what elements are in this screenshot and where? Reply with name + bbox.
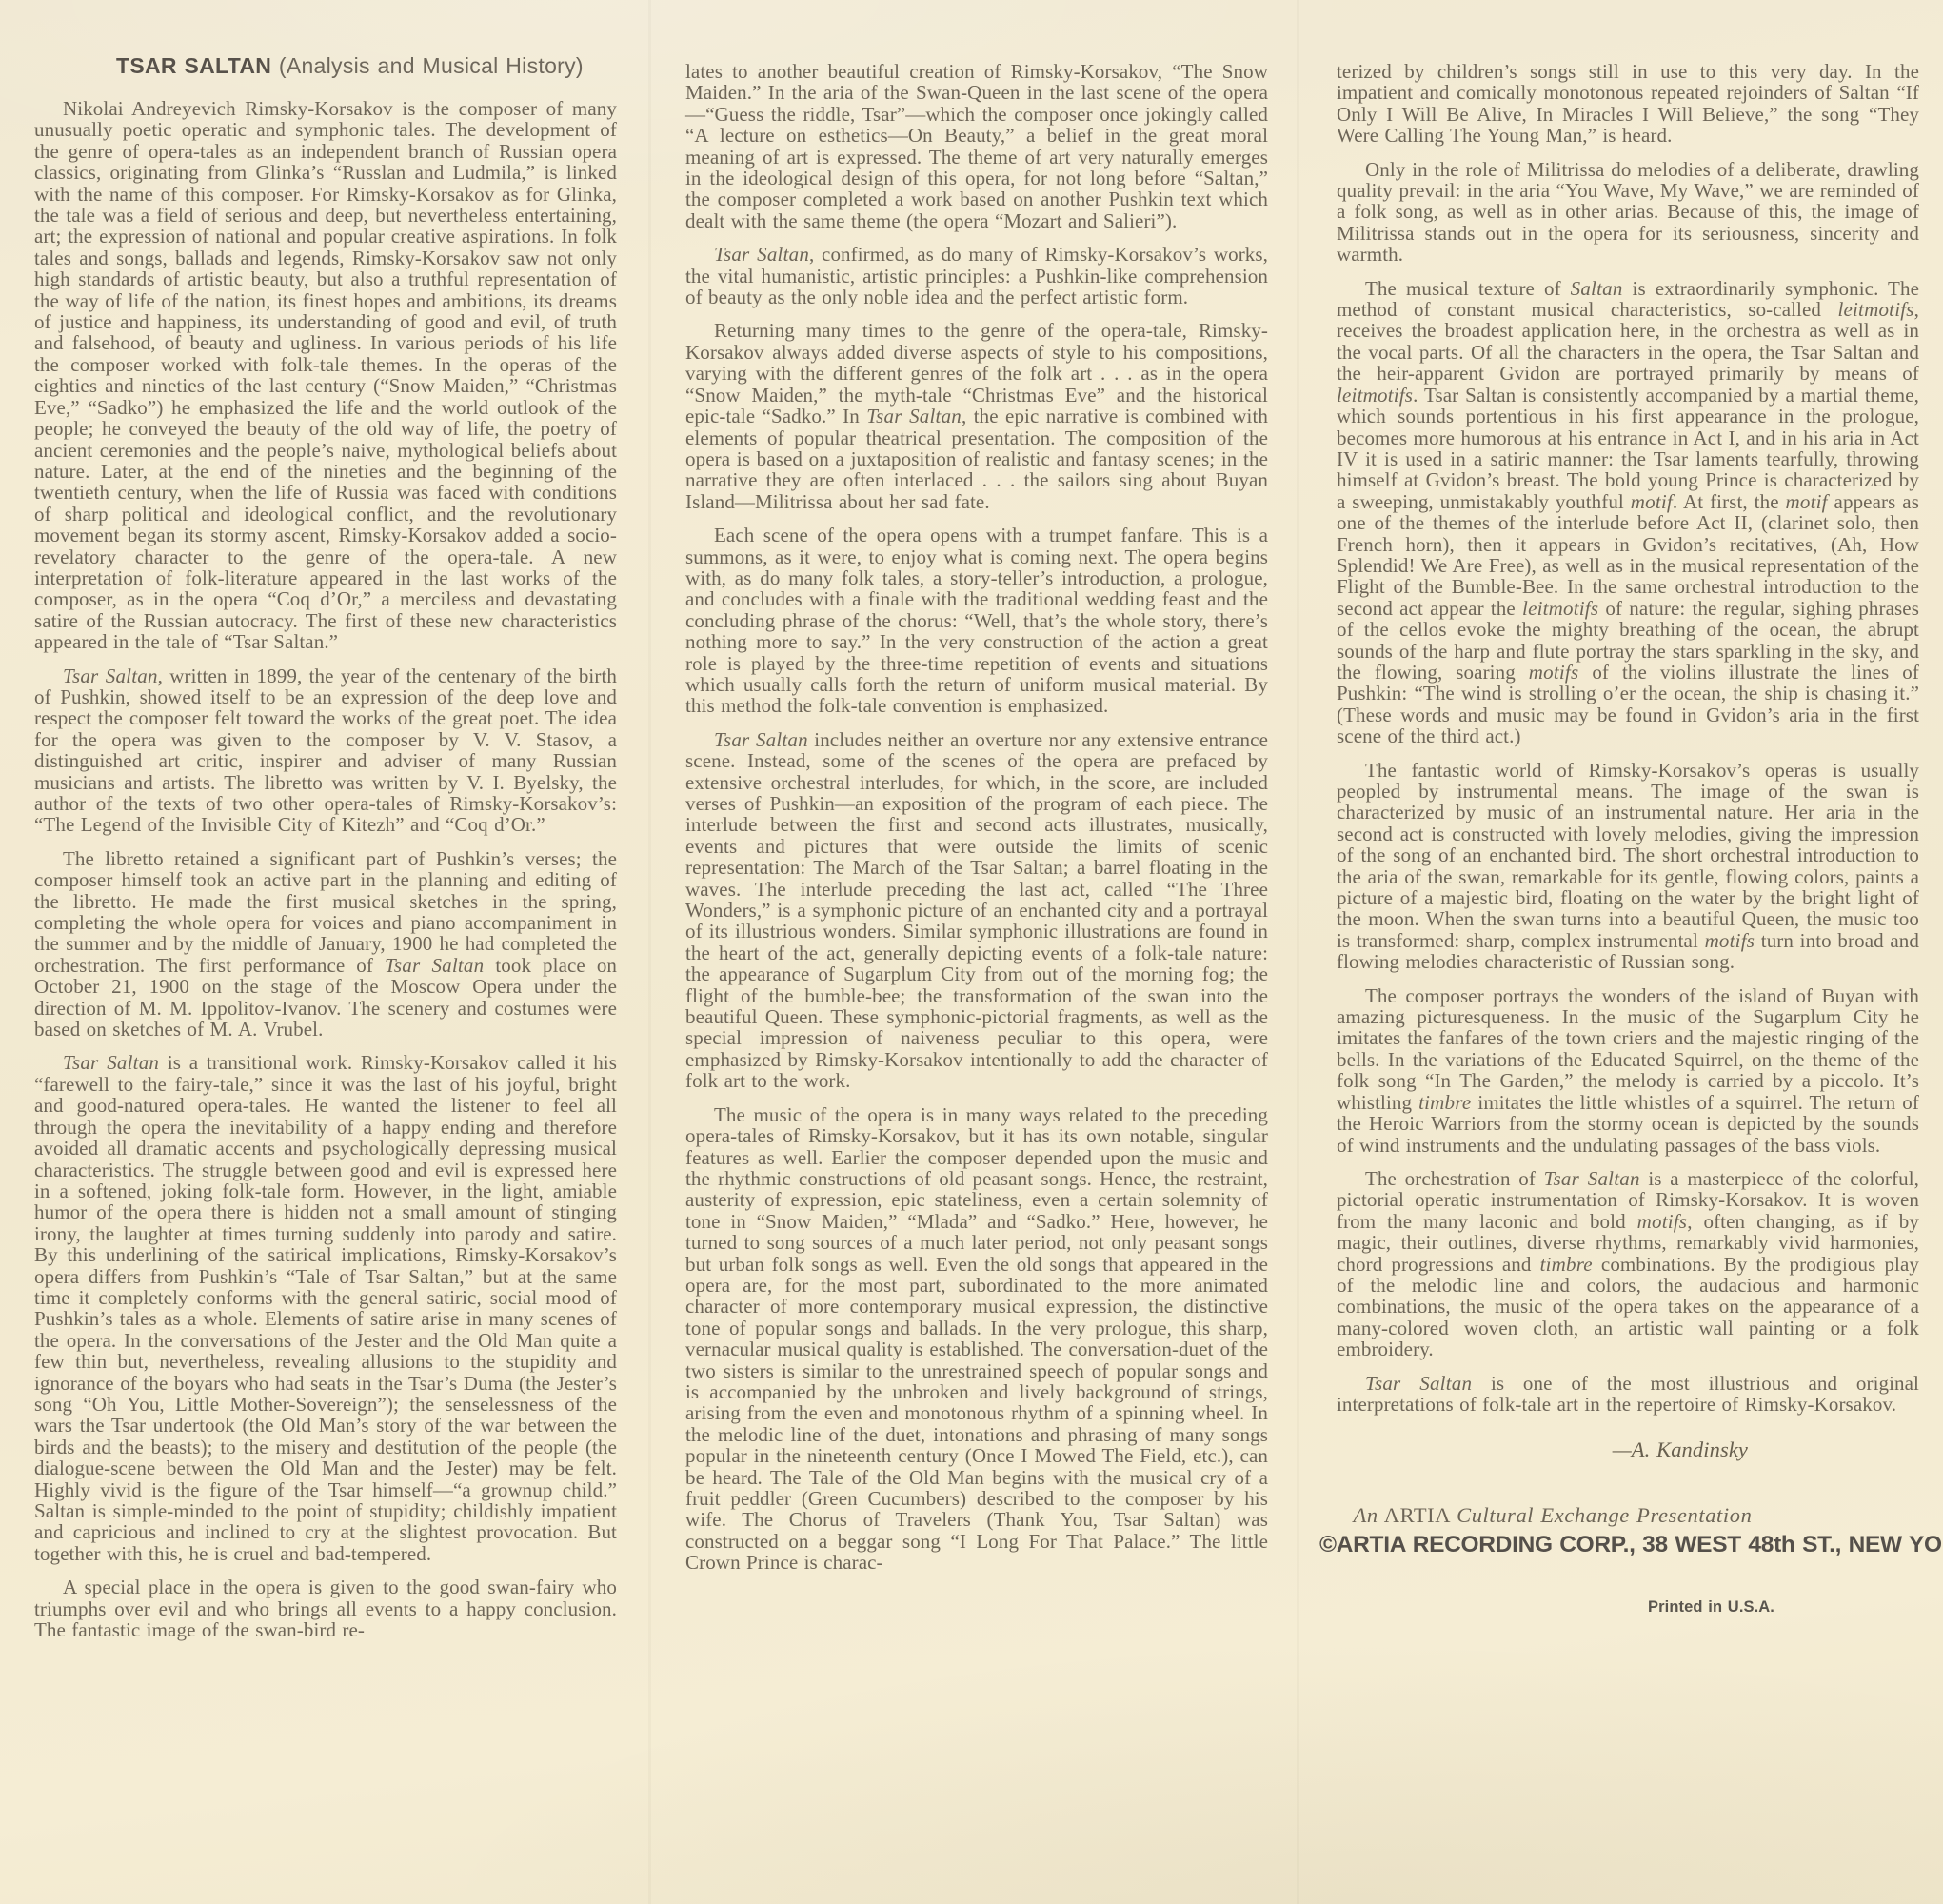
paragraph: Each scene of the opera opens with a tru… (685, 525, 1268, 717)
paragraph: Nikolai Andreyevich Rimsky-Korsakov is t… (34, 98, 617, 653)
paragraph: The musical texture of Saltan is extraor… (1337, 278, 1919, 747)
paragraph: A special place in the opera is given to… (34, 1577, 617, 1640)
column-2-paragraphs: lates to another beautiful creation of R… (685, 61, 1268, 1574)
paragraph: Returning many times to the genre of the… (685, 320, 1268, 512)
title-main: TSAR SALTAN (116, 53, 271, 78)
paragraph: Tsar Saltan is a transitional work. Rims… (34, 1052, 617, 1564)
author-byline: —A. Kandinsky (1337, 1439, 1919, 1460)
column-1-paragraphs: Nikolai Andreyevich Rimsky-Korsakov is t… (34, 98, 617, 1640)
paragraph: The fantastic world of Rimsky-Korsakov’s… (1337, 760, 1919, 973)
title-subtitle: (Analysis and Musical History) (271, 53, 584, 78)
paragraph: Only in the role of Militrissa do melodi… (1337, 159, 1919, 266)
paragraph: Tsar Saltan, confirmed, as do many of Ri… (685, 244, 1268, 307)
copyright-line: ©ARTIA RECORDING CORP., 38 WEST 48th ST.… (1319, 1535, 1786, 1556)
page-title: TSAR SALTAN (Analysis and Musical Histor… (116, 53, 617, 78)
column-3-paragraphs: terized by children’s songs still in use… (1337, 61, 1919, 1415)
text-columns: TSAR SALTAN (Analysis and Musical Histor… (0, 0, 1943, 1653)
paragraph: lates to another beautiful creation of R… (685, 61, 1268, 231)
paragraph: The music of the opera is in many ways r… (685, 1104, 1268, 1574)
paragraph: Tsar Saltan is one of the most illustrio… (1337, 1373, 1919, 1416)
column-3: terized by children’s songs still in use… (1337, 53, 1919, 1617)
paragraph: terized by children’s songs still in use… (1337, 61, 1919, 147)
printed-in-usa-label: Printed in U.S.A. (1337, 1597, 1919, 1617)
paragraph: Tsar Saltan includes neither an overture… (685, 729, 1268, 1092)
column-1: TSAR SALTAN (Analysis and Musical Histor… (34, 53, 617, 1653)
paragraph: Tsar Saltan, written in 1899, the year o… (34, 665, 617, 836)
column-2: lates to another beautiful creation of R… (685, 53, 1268, 1586)
paragraph: The composer portrays the wonders of the… (1337, 985, 1919, 1156)
paragraph: The orchestration of Tsar Saltan is a ma… (1337, 1168, 1919, 1360)
liner-notes-page: TSAR SALTAN (Analysis and Musical Histor… (0, 0, 1943, 1904)
paragraph: The libretto retained a significant part… (34, 848, 617, 1041)
presentation-line: An ARTIA Cultural Exchange Presentation (1319, 1505, 1786, 1526)
publisher-footer: An ARTIA Cultural Exchange Presentation … (1319, 1505, 1786, 1557)
